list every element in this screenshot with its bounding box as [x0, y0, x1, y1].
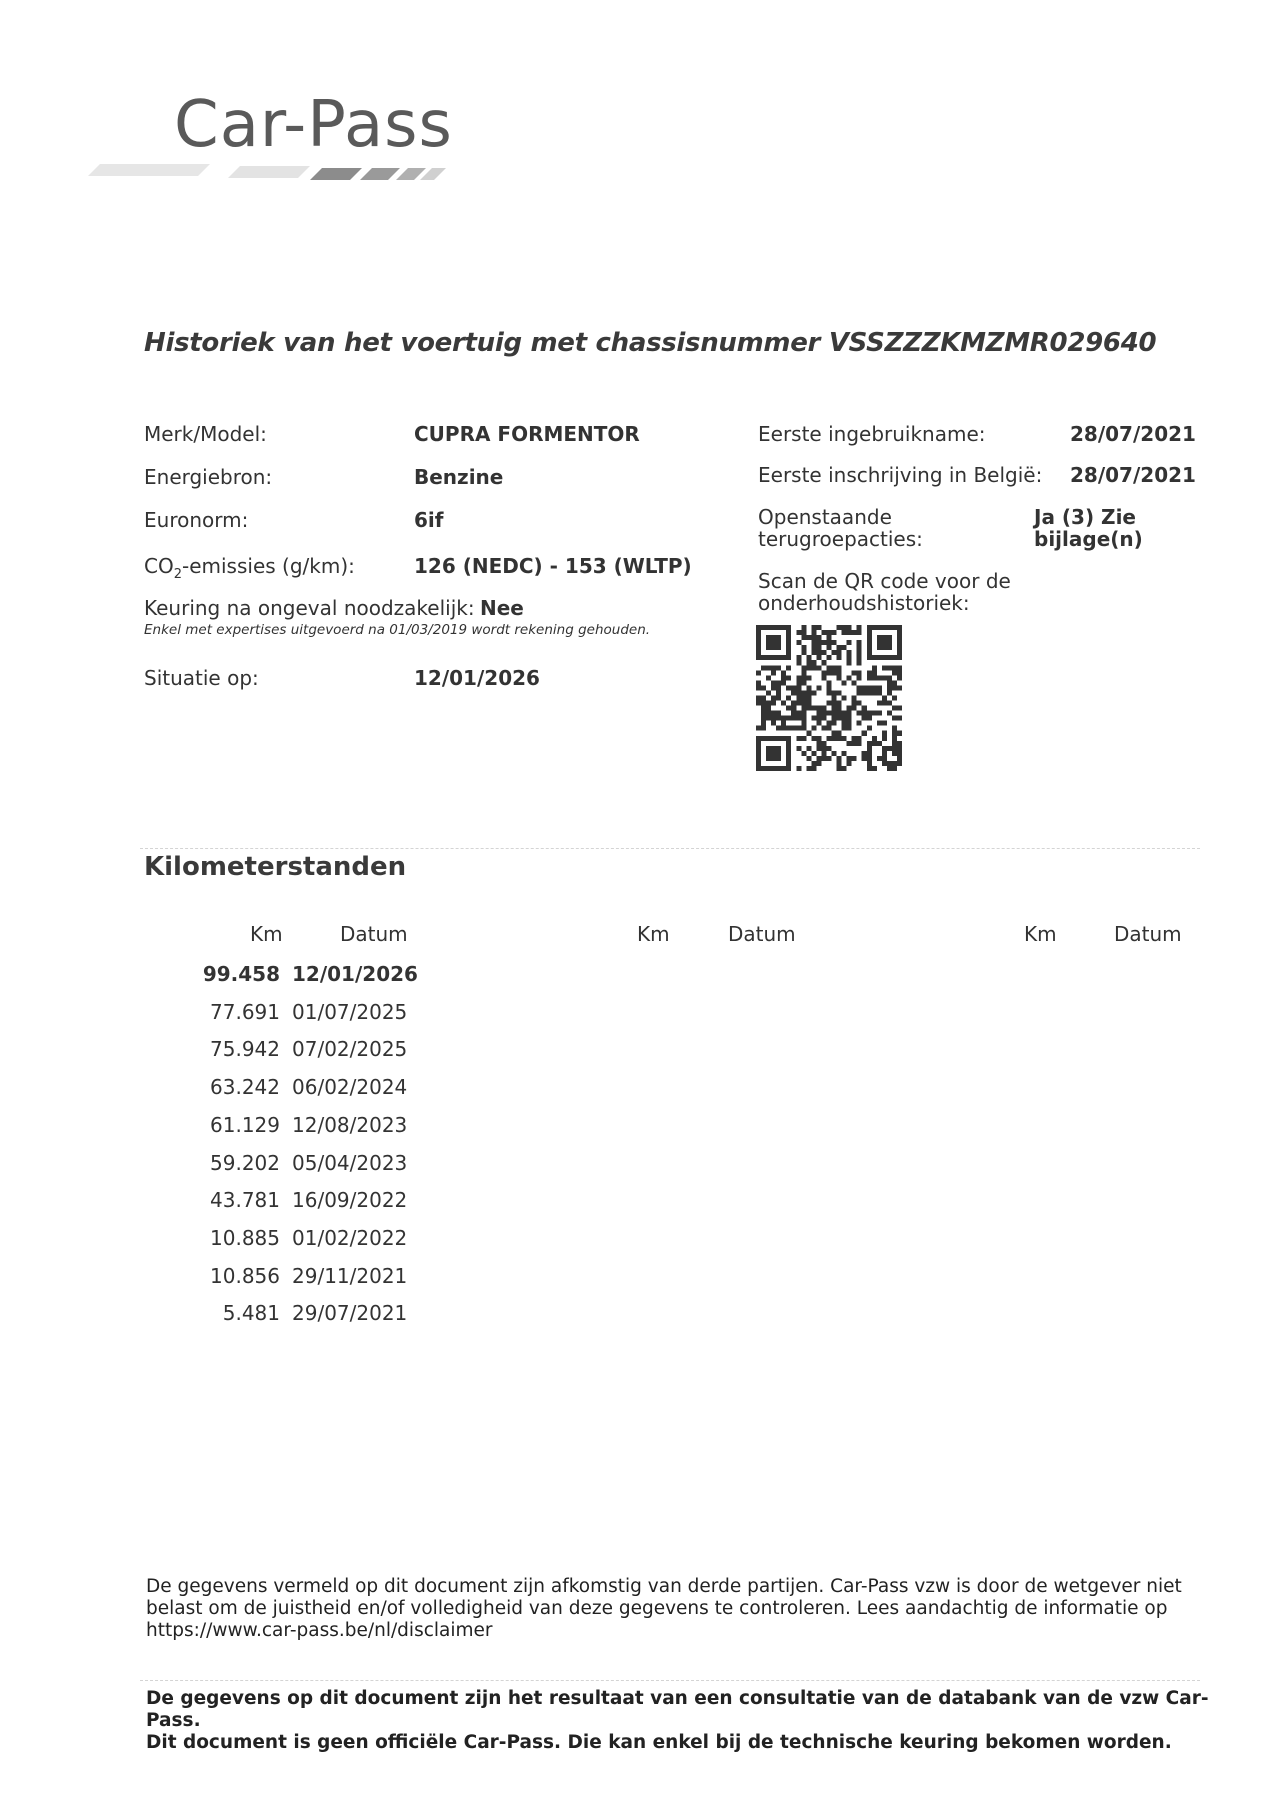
co2-label: CO2-emissies (g/km): — [144, 554, 355, 582]
km-header-col2: Km — [637, 922, 670, 946]
km-date: 29/11/2021 — [292, 1264, 407, 1288]
energy-source-label: Energiebron: — [144, 465, 272, 489]
km-date: 16/09/2022 — [292, 1188, 407, 1212]
recalls-value: Ja (3) Zie bijlage(n) — [1034, 506, 1143, 550]
disclaimer: De gegevens vermeld op dit document zijn… — [146, 1576, 1226, 1642]
first-registration-value: 28/07/2021 — [1070, 463, 1196, 487]
final-note-line1: De gegevens op dit document zijn het res… — [146, 1688, 1226, 1732]
km-value: 61.129 — [160, 1113, 280, 1137]
accident-inspection-label: Keuring na ongeval noodzakelijk: — [144, 596, 475, 620]
qr-code-icon[interactable] — [756, 624, 902, 772]
km-date: 06/02/2024 — [292, 1075, 407, 1099]
final-note-line2: Dit document is geen officiële Car-Pass.… — [146, 1732, 1226, 1754]
co2-label-sub: 2 — [174, 567, 182, 582]
recalls-value-line2: bijlage(n) — [1034, 528, 1143, 550]
km-value: 63.242 — [160, 1075, 280, 1099]
km-value: 77.691 — [160, 1000, 280, 1024]
section-separator — [140, 848, 1200, 849]
km-value: 10.856 — [160, 1264, 280, 1288]
qr-label-line1: Scan de QR code voor de — [758, 570, 1011, 592]
km-value: 75.942 — [160, 1037, 280, 1061]
km-header-col3: Km — [1024, 922, 1057, 946]
km-value: 5.481 — [160, 1301, 280, 1325]
km-value: 10.885 — [160, 1226, 280, 1250]
first-use-value: 28/07/2021 — [1070, 422, 1196, 446]
title-prefix: Historiek van het voertuig met chassisnu… — [144, 328, 820, 358]
first-use-label: Eerste ingebruikname: — [758, 422, 986, 446]
qr-label-line2: onderhoudshistoriek: — [758, 592, 1011, 614]
energy-source-value: Benzine — [414, 465, 503, 489]
footer-separator — [140, 1680, 1200, 1681]
km-date: 05/04/2023 — [292, 1151, 407, 1175]
brand-model-label: Merk/Model: — [144, 422, 267, 446]
situation-label: Situatie op: — [144, 666, 259, 690]
first-registration-label: Eerste inschrijving in België: — [758, 463, 1042, 487]
final-note: De gegevens op dit document zijn het res… — [146, 1688, 1226, 1754]
recalls-value-line1: Ja (3) Zie — [1034, 506, 1143, 528]
car-pass-logo: Car-Pass — [174, 88, 453, 162]
recalls-label-line2: terugroepacties: — [758, 528, 923, 550]
document-title: Historiek van het voertuig met chassisnu… — [144, 328, 1156, 358]
situation-value: 12/01/2026 — [414, 666, 540, 690]
recalls-label: Openstaande terugroepacties: — [758, 506, 923, 550]
co2-value: 126 (NEDC) - 153 (WLTP) — [414, 554, 692, 578]
accident-note: Enkel met expertises uitgevoerd na 01/03… — [144, 622, 650, 638]
km-value: 99.458 — [160, 962, 280, 986]
disclaimer-line1: De gegevens vermeld op dit document zijn… — [146, 1576, 1226, 1598]
km-date: 01/07/2025 — [292, 1000, 407, 1024]
km-header-col1: Km — [250, 922, 283, 946]
km-date: 01/02/2022 — [292, 1226, 407, 1250]
km-value: 43.781 — [160, 1188, 280, 1212]
euronorm-value: 6if — [414, 508, 443, 532]
co2-label-main: CO — [144, 554, 174, 578]
chassis-number: VSSZZZKMZMR029640 — [829, 328, 1156, 358]
km-date: 12/01/2026 — [292, 962, 418, 986]
recalls-label-line1: Openstaande — [758, 506, 923, 528]
date-header-col3: Datum — [1114, 922, 1182, 946]
accident-inspection-value: Nee — [480, 596, 524, 620]
brand-model-value: CUPRA FORMENTOR — [414, 422, 640, 446]
logo-stripes-icon — [84, 160, 444, 186]
disclaimer-link[interactable]: https://www.car-pass.be/nl/disclaimer — [146, 1620, 1226, 1642]
km-date: 07/02/2025 — [292, 1037, 407, 1061]
date-header-col1: Datum — [340, 922, 408, 946]
km-date: 29/07/2021 — [292, 1301, 407, 1325]
qr-label: Scan de QR code voor de onderhoudshistor… — [758, 570, 1011, 614]
km-value: 59.202 — [160, 1151, 280, 1175]
date-header-col2: Datum — [728, 922, 796, 946]
co2-label-rest: -emissies (g/km): — [182, 554, 355, 578]
km-date: 12/08/2023 — [292, 1113, 407, 1137]
euronorm-label: Euronorm: — [144, 508, 248, 532]
disclaimer-line2: belast om de juistheid en/of volledighei… — [146, 1598, 1226, 1620]
kilometers-section-title: Kilometerstanden — [144, 852, 406, 882]
